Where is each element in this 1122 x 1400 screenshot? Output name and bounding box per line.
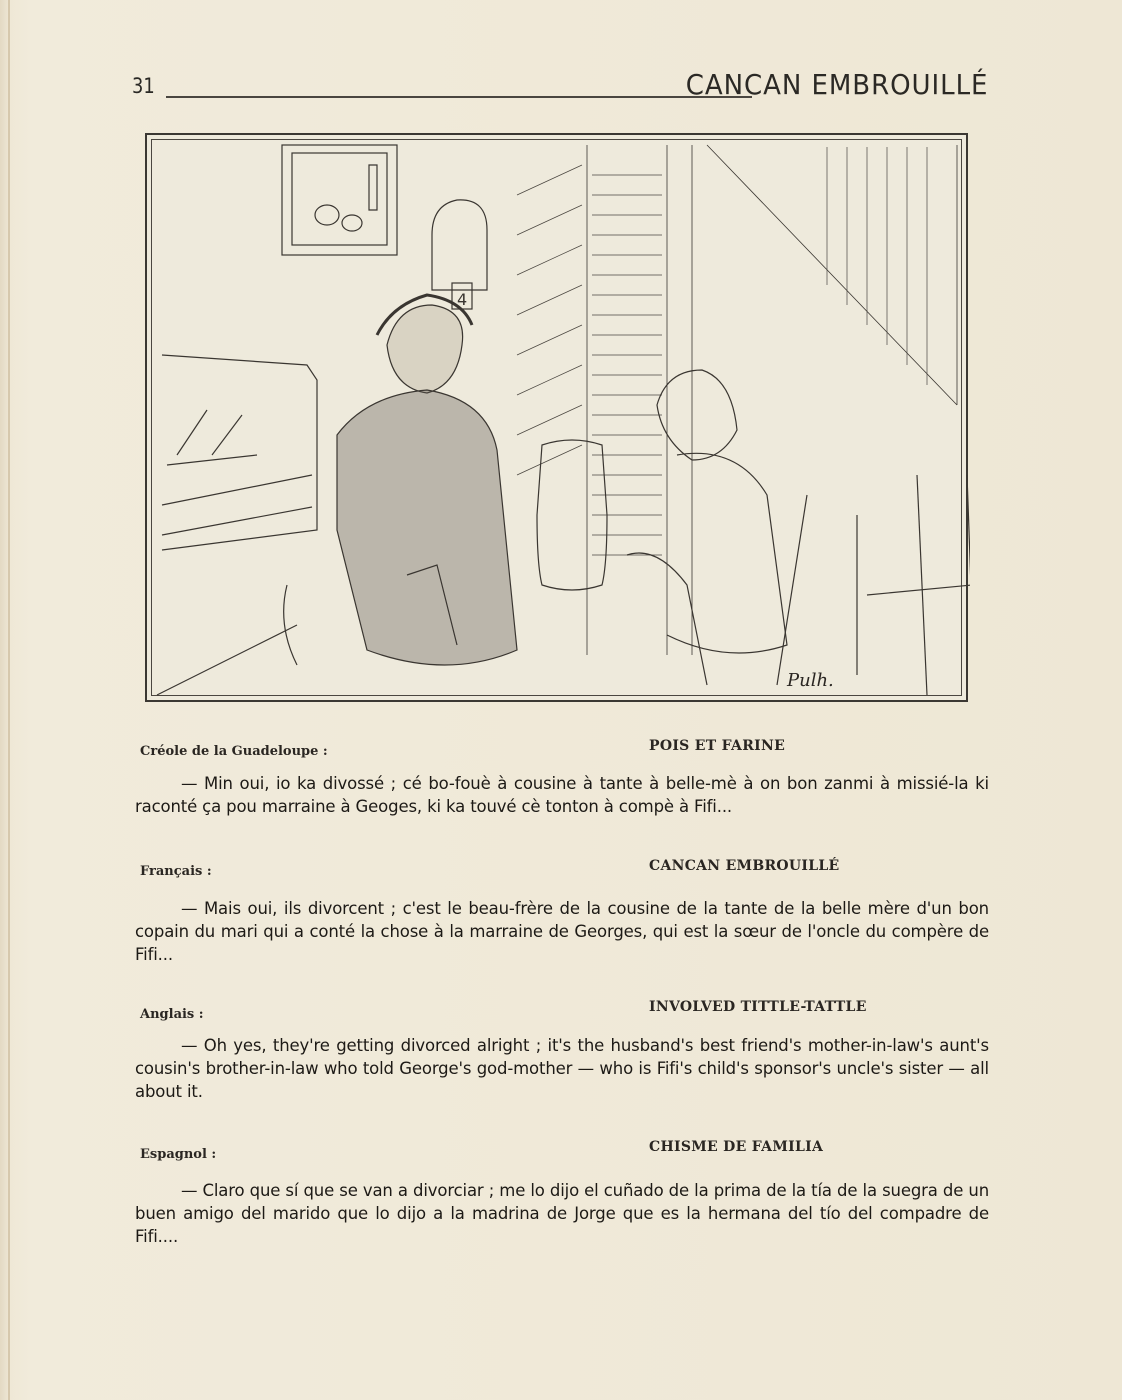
page-number: 31: [132, 74, 155, 98]
language-label: Français :: [140, 864, 212, 879]
section-title: INVOLVED TITTLE-TATTLE: [649, 999, 867, 1015]
section-title: CANCAN EMBROUILLÉ: [649, 858, 840, 874]
section-text: — Mais oui, ils divorcent ; c'est le bea…: [135, 897, 989, 966]
section-title: POIS ET FARINE: [649, 738, 785, 754]
language-label: Anglais :: [140, 1007, 204, 1022]
language-label: Créole de la Guadeloupe :: [140, 744, 328, 759]
header-title: CANCAN EMBROUILLÉ: [685, 68, 988, 101]
artist-signature: Pulh.: [787, 670, 834, 691]
section-title: CHISME DE FAMILIA: [649, 1139, 823, 1155]
language-label: Espagnol :: [140, 1147, 216, 1162]
illustration: 4: [145, 133, 968, 702]
ink-drawing: 4: [147, 135, 970, 704]
header-rule: [166, 96, 752, 98]
section-text: — Oh yes, they're getting divorced alrig…: [135, 1034, 989, 1103]
section-text: — Min oui, io ka divossé ; cé bo-fouè à …: [135, 772, 989, 818]
section-text: — Claro que sí que se van a divorciar ; …: [135, 1179, 989, 1248]
running-header: 31 CANCAN EMBROUILLÉ: [130, 68, 988, 104]
scanned-page: 31 CANCAN EMBROUILLÉ 4: [0, 0, 1122, 1400]
binding-edge: [8, 0, 10, 1400]
